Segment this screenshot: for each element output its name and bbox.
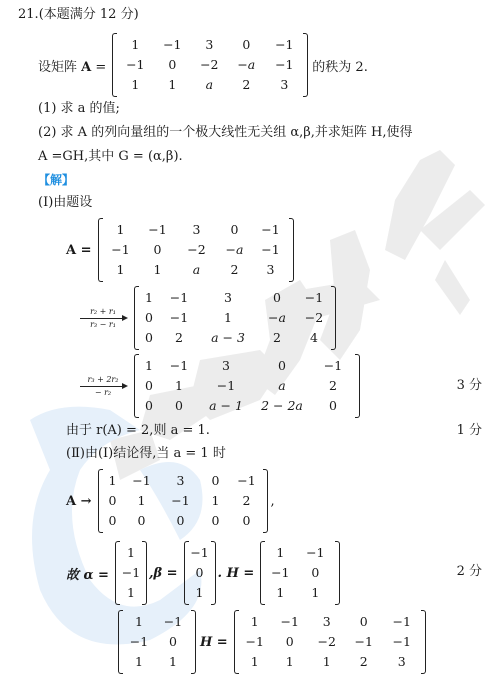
matrix-cell: −a — [257, 308, 297, 328]
matrix-cell: 0 — [139, 308, 159, 328]
arrow-right-icon — [80, 386, 126, 387]
h-label: . H = — [218, 566, 255, 581]
reduced-form: A → 1−130−101−11200000 , — [66, 469, 275, 533]
matrix-cell: 0 — [139, 396, 159, 416]
matrix-cell: −1 — [383, 632, 421, 652]
matrix-cell: −1 — [345, 632, 383, 652]
matrix-cell: 0 — [345, 612, 383, 632]
problem-number: 21. — [18, 7, 39, 22]
matrix-cell: −2 — [297, 308, 331, 328]
matrix-cell: 4 — [297, 328, 331, 348]
alpha-vector: 1−11 — [115, 543, 147, 603]
step-1: A = 1−130−1−10−2−a−111a23 — [66, 218, 294, 282]
matrix-cell: 0 — [155, 632, 191, 652]
row-operation-2: r₃ + 2r₂ − r₂ — [80, 375, 126, 398]
reduced-suffix: , — [271, 494, 275, 509]
matrix-cell: a − 1 — [199, 396, 253, 416]
conclusion-1: 由于 r(A) = 2,则 a = 1. — [66, 422, 210, 440]
statement-suffix: 的秩为 2. — [312, 56, 368, 75]
matrix-cell: 1 — [139, 288, 159, 308]
matrix-cell: −1 — [103, 240, 139, 260]
matrix-cell: 0 — [161, 511, 201, 531]
step-3: r₃ + 2r₂ − r₂ 1−130−101−1a200a − 12 − 2a… — [80, 354, 360, 418]
matrix-cell: 0 — [227, 35, 265, 55]
matrix-cell: 1 — [159, 376, 199, 396]
matrix-cell: 2 — [311, 376, 355, 396]
matrix-cell: 1 — [123, 612, 155, 632]
matrix-cell: 3 — [199, 356, 253, 376]
matrix-cell: 2 — [217, 260, 253, 280]
matrix-cell: −1 — [265, 55, 303, 75]
part-2-question-line-1: (2) 求 A 的列向量组的一个极大线性无关组 α,β,并求矩阵 H,使得 — [38, 124, 413, 142]
matrix-cell: 2 — [159, 328, 199, 348]
matrix-cell: −1 — [159, 356, 199, 376]
matrix-cell: −1 — [123, 471, 161, 491]
matrix-cell: a — [177, 260, 217, 280]
h-matrix: 1−1−1011 — [260, 543, 340, 603]
matrix-cell: −1 — [253, 220, 289, 240]
score-conclusion-1: 1 分 — [457, 422, 482, 440]
matrix-cell: 2 — [227, 75, 265, 95]
matrix-cell: −2 — [177, 240, 217, 260]
matrix-cell: −a — [227, 55, 265, 75]
matrix-cell: 2 − 2a — [253, 396, 311, 416]
problem-points-note: (本题满分 12 分) — [39, 7, 139, 22]
matrix-cell: 0 — [123, 511, 161, 531]
matrix-cell: 0 — [295, 563, 335, 583]
matrix-cell: −1 — [265, 563, 295, 583]
matrix-cell: 3 — [161, 471, 201, 491]
basis-and-h: 故 α = 1−11 ,β = −101 . H = 1−1−1011 — [66, 541, 340, 605]
g-matrix: 1−1−1011 — [118, 612, 196, 672]
part-2-question-line-2: A =GH,其中 G = (α,β). — [38, 148, 183, 166]
matrix-cell: 2 — [345, 652, 383, 672]
matrix-cell: −a — [217, 240, 253, 260]
matrix-cell: 1 — [153, 75, 191, 95]
matrix-cell: −2 — [309, 632, 345, 652]
matrix-cell: −1 — [253, 240, 289, 260]
matrix-cell: −1 — [161, 491, 201, 511]
score-step-3: 3 分 — [457, 377, 482, 395]
matrix-cell: 1 — [271, 652, 309, 672]
matrix-cell: 1 — [123, 652, 155, 672]
matrix-cell: −1 — [189, 543, 211, 563]
matrix-cell: −1 — [120, 563, 142, 583]
matrix-cell: 1 — [201, 491, 231, 511]
matrix-cell: a — [253, 376, 311, 396]
matrix-cell: 3 — [191, 35, 227, 55]
gh-label: H = — [200, 635, 228, 650]
part-2-heading: (Ⅱ)由(Ⅰ)结论得,当 a = 1 时 — [66, 445, 226, 463]
matrix-cell: 1 — [117, 75, 153, 95]
matrix-cell: −1 — [155, 612, 191, 632]
matrix-cell: −1 — [159, 308, 199, 328]
matrix-cell: 0 — [217, 220, 253, 240]
matrix-cell: −1 — [383, 612, 421, 632]
matrix-cell: −1 — [297, 288, 331, 308]
part-1-question: (1) 求 a 的值; — [38, 100, 120, 118]
reduced-label: A → — [66, 494, 92, 509]
step-3-matrix: 1−130−101−1a200a − 12 − 2a0 — [134, 356, 360, 416]
gh-equals-a: 1−1−1011 H = 1−130−1−10−2−1−111123 — [118, 610, 426, 674]
matrix-cell: −1 — [117, 55, 153, 75]
matrix-cell: 1 — [295, 583, 335, 603]
reduced-matrix: 1−130−101−11200000 — [98, 471, 268, 531]
matrix-cell: −1 — [231, 471, 263, 491]
matrix-cell: 0 — [139, 376, 159, 396]
matrix-cell: 1 — [139, 356, 159, 376]
matrix-cell: −1 — [153, 35, 191, 55]
step-1-label: A = — [66, 243, 92, 258]
matrix-cell: −1 — [159, 288, 199, 308]
matrix-cell: 1 — [103, 220, 139, 240]
solution-label: 【解】 — [38, 171, 74, 189]
alpha-label: 故 α = — [66, 564, 109, 583]
matrix-cell: 0 — [231, 511, 263, 531]
step-1-matrix: 1−130−1−10−2−a−111a23 — [98, 220, 294, 280]
beta-label: ,β = — [149, 566, 178, 581]
matrix-cell: −1 — [123, 632, 155, 652]
arrow-right-icon — [80, 318, 126, 319]
score-h: 2 分 — [457, 563, 482, 581]
matrix-cell: −1 — [311, 356, 355, 376]
matrix-cell: 0 — [139, 328, 159, 348]
matrix-cell: −2 — [191, 55, 227, 75]
matrix-cell: 0 — [189, 563, 211, 583]
step-2-matrix: 1−130−10−11−a−202a − 324 — [134, 288, 336, 348]
matrix-cell: −1 — [265, 35, 303, 55]
matrix-cell: 1 — [309, 652, 345, 672]
matrix-cell: 2 — [231, 491, 263, 511]
problem-statement: 设矩阵 A = 1−130−1−10−2−a−111a23 的秩为 2. — [38, 33, 368, 97]
matrix-cell: 1 — [103, 471, 123, 491]
beta-vector: −101 — [184, 543, 216, 603]
matrix-cell: a — [191, 75, 227, 95]
matrix-cell: 1 — [139, 260, 177, 280]
matrix-cell: 0 — [257, 288, 297, 308]
matrix-cell: −1 — [199, 376, 253, 396]
matrix-cell: 3 — [265, 75, 303, 95]
matrix-cell: −1 — [295, 543, 335, 563]
matrix-cell: 1 — [199, 308, 257, 328]
matrix-cell: 1 — [123, 491, 161, 511]
matrix-cell: 0 — [253, 356, 311, 376]
matrix-cell: 2 — [257, 328, 297, 348]
matrix-cell: 0 — [139, 240, 177, 260]
matrix-cell: a − 3 — [199, 328, 257, 348]
matrix-cell: 0 — [153, 55, 191, 75]
matrix-cell: 1 — [189, 583, 211, 603]
matrix-cell: 0 — [103, 511, 123, 531]
matrix-cell: 3 — [177, 220, 217, 240]
matrix-cell: 1 — [239, 652, 271, 672]
matrix-cell: 0 — [311, 396, 355, 416]
matrix-cell: 1 — [120, 543, 142, 563]
matrix-cell: 0 — [201, 471, 231, 491]
matrix-cell: 1 — [265, 583, 295, 603]
matrix-cell: −1 — [271, 612, 309, 632]
statement-prefix: 设矩阵 A = — [38, 56, 106, 75]
part-1-heading: (Ⅰ)由题设 — [38, 194, 92, 212]
matrix-cell: 1 — [239, 612, 271, 632]
matrix-cell: −1 — [139, 220, 177, 240]
matrix-cell: 1 — [120, 583, 142, 603]
matrix-cell: 0 — [159, 396, 199, 416]
matrix-cell: −1 — [239, 632, 271, 652]
matrix-cell: 0 — [201, 511, 231, 531]
matrix-cell: 0 — [103, 491, 123, 511]
matrix-cell: 1 — [155, 652, 191, 672]
matrix-cell: 3 — [253, 260, 289, 280]
document-page: 21.(本题满分 12 分) 设矩阵 A = 1−130−1−10−2−a−11… — [0, 0, 500, 678]
problem-header: 21.(本题满分 12 分) — [18, 6, 139, 24]
matrix-cell: 3 — [383, 652, 421, 672]
step-2: r₂ + r₁ r₃ − r₁ 1−130−10−11−a−202a − 324 — [80, 286, 336, 350]
matrix-cell: 3 — [199, 288, 257, 308]
matrix-cell: 1 — [103, 260, 139, 280]
matrix-a: 1−130−1−10−2−a−111a23 — [112, 35, 308, 95]
row-operation-1: r₂ + r₁ r₃ − r₁ — [80, 307, 126, 330]
matrix-cell: 0 — [271, 632, 309, 652]
a-final-matrix: 1−130−1−10−2−1−111123 — [234, 612, 426, 672]
matrix-cell: 3 — [309, 612, 345, 632]
matrix-cell: 1 — [117, 35, 153, 55]
matrix-cell: 1 — [265, 543, 295, 563]
